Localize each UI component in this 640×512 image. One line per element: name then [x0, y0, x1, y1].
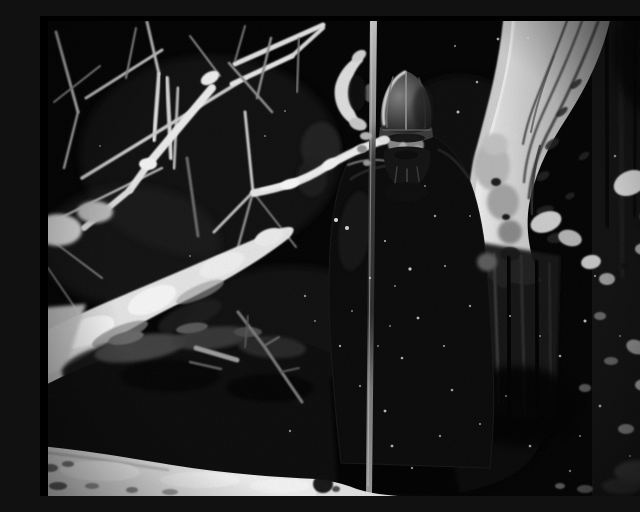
frame-edges: [40, 16, 640, 496]
film-grain-dark: [40, 16, 640, 496]
scene-canvas: [40, 16, 640, 496]
film-frame: A bearded sentry wearing a rounded segme…: [40, 16, 640, 496]
left-frame-bar: [40, 16, 48, 496]
top-frame-bar: [40, 16, 640, 21]
